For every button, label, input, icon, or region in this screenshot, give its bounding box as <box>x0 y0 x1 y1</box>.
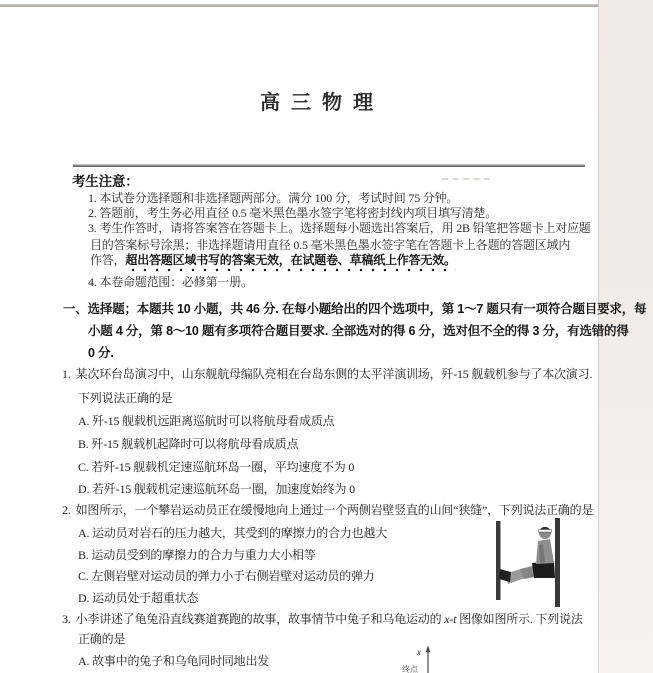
notice-item-3-line3-prefix: 作答， <box>90 253 125 267</box>
position-time-graph-fragment: x 终点 <box>396 642 456 673</box>
question-3-number: 3. <box>62 613 71 627</box>
question-3-stem-post: 图像如图所示. 下列说法 <box>456 612 582 626</box>
section-header-line3: 0 分. <box>88 346 114 360</box>
question-3-stem-line1: 3.小李讲述了龟兔沿直线赛道赛跑的故事，故事情节中兔子和乌龟运动的 x-t 图像… <box>62 613 583 627</box>
question-2-option-c: C. 左侧岩壁对运动员的弹力小于右侧岩壁对运动员的弹力 <box>78 570 375 584</box>
question-1-option-b: B. 歼-15 舰载机起降时可以将航母看成质点 <box>78 438 298 452</box>
question-1-option-a: A. 歼-15 舰载机远距离巡航时可以将航母看成质点 <box>78 415 334 429</box>
scan-artifact-dashes <box>442 178 490 180</box>
graph-axes-icon: x 终点 <box>396 642 456 673</box>
question-3-variable: x-t <box>444 612 456 626</box>
question-2-option-a: A. 运动员对岩石的压力越大，其受到的摩擦力的合力也越大 <box>78 527 387 541</box>
graph-x-label: x <box>416 647 421 657</box>
section-header-line2: 小题 4 分，第 8～10 题有多项符合题目要求. 全部选对的得 6 分，选对但… <box>88 324 629 338</box>
notice-item-4: 4. 本卷命题范围：必修第一册。 <box>88 276 253 290</box>
notice-item-3-line2: 目的答案标号涂黑；非选择题请用直径 0.5 毫米黑色墨水签字笔在答题卡上各题的答… <box>90 239 570 253</box>
question-1-stem-text: 某次环台岛演习中，山东舰航母编队亮相在台岛东侧的太平洋演训场，歼-15 舰载机参… <box>76 367 593 381</box>
rock-climber-icon <box>492 518 564 608</box>
rock-climber-figure <box>492 518 564 608</box>
notice-item-3-line1: 3. 考生作答时，请将答案答在答题卡上。选择题每小题选出答案后，用 2B 铅笔把… <box>88 222 591 236</box>
notice-item-3-emphasis: 超出答题区域书写的答案无效，在试题卷、草稿纸上作答无效。 <box>125 253 455 272</box>
question-2-number: 2. <box>62 504 71 518</box>
scanned-exam-page: 高 三 物 理 考生注意： 1. 本试卷分选择题和非选择题两部分。满分 100 … <box>0 0 653 673</box>
question-1-stem-line2: 下列说法正确的是 <box>78 392 172 406</box>
question-3-option-a: A. 故事中的兔子和乌龟同时同地出发 <box>78 655 269 669</box>
notice-item-1: 1. 本试卷分选择题和非选择题两部分。满分 100 分，考试时间 75 分钟。 <box>88 192 458 206</box>
question-2-stem: 2.如图所示，一个攀岩运动员正在缓慢地向上通过一个两侧岩壁竖直的山间“狭缝”，下… <box>62 504 593 518</box>
header-rule <box>73 164 585 167</box>
section-header-line1: 一、选择题；本题共 10 小题，共 46 分. 在每小题给出的四个选项中，第 1… <box>63 302 646 316</box>
question-3-stem-line2: 正确的是 <box>78 633 125 647</box>
graph-finish-label: 终点 <box>402 664 419 673</box>
notice-heading: 考生注意： <box>72 174 139 190</box>
question-1-option-c: C. 若歼-15 舰载机定速巡航环岛一圈，平均速度不为 0 <box>78 461 354 475</box>
question-1-number: 1. <box>62 368 71 382</box>
graph-axis-arrowhead <box>426 646 431 653</box>
question-2-stem-text: 如图所示，一个攀岩运动员正在缓慢地向上通过一个两侧岩壁竖直的山间“狭缝”，下列说… <box>76 503 594 517</box>
question-2-option-d: D. 运动员处于超重状态 <box>78 592 198 606</box>
question-3-stem-pre: 小李讲述了龟兔沿直线赛道赛跑的故事，故事情节中兔子和乌龟运动的 <box>76 612 445 626</box>
page-title: 高 三 物 理 <box>0 86 636 115</box>
question-1-option-d: D. 若歼-15 舰载机定速巡航环岛一圈，加速度始终为 0 <box>78 483 355 497</box>
question-2-option-b: B. 运动员受到的摩擦力的合力与重力大小相等 <box>78 549 316 563</box>
notice-item-2: 2. 答题前，考生务必用直径 0.5 毫米黑色墨水签字笔将密封线内项目填写清楚。 <box>88 207 497 221</box>
page-top-edge-line <box>0 4 599 7</box>
question-1-stem-line1: 1.某次环台岛演习中，山东舰航母编队亮相在台岛东侧的太平洋演训场，歼-15 舰载… <box>62 368 592 382</box>
notice-item-3-line3: 作答，超出答题区域书写的答案无效，在试题卷、草稿纸上作答无效。 <box>90 254 456 268</box>
